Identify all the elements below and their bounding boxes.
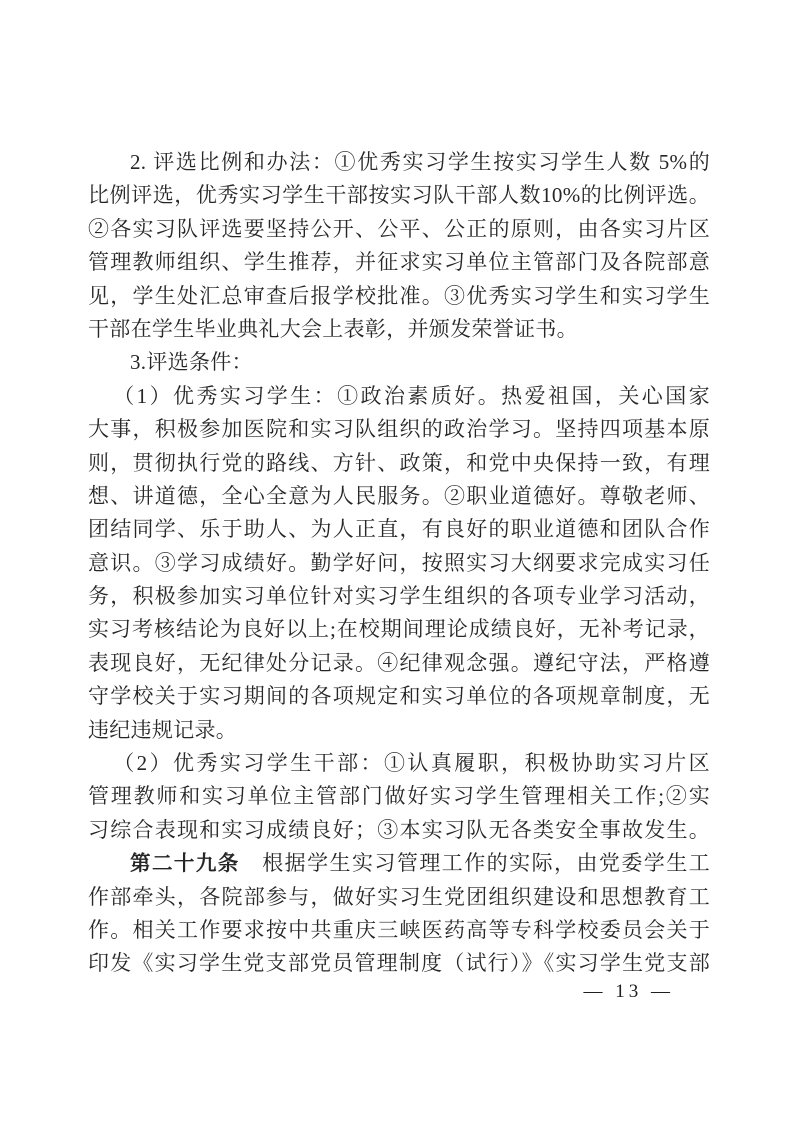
document-line: 习综合表现和实习成绩良好；③本实习队无各类安全事故发生。 [88, 814, 710, 847]
document-line: （1）优秀实习学生：①政治素质好。热爱祖国，关心国家 [88, 380, 710, 413]
document-line: 务，积极参加实习单位针对实习学生组织的各项专业学习活动， [88, 580, 710, 613]
document-line: 3.评选条件： [88, 346, 710, 379]
document-line: 管理教师和实习单位主管部门做好实习学生管理相关工作;②实 [88, 780, 710, 813]
article-text: 根据学生实习管理工作的实际，由党委学生工 [240, 851, 710, 875]
document-line: 作。相关工作要求按中共重庆三峡医药高等专科学校委员会关于 [88, 914, 710, 947]
document-line: ②各实习队评选要坚持公开、公平、公正的原则，由各实习片区 [88, 213, 710, 246]
document-line: 则，贯彻执行党的路线、方针、政策，和党中央保持一致，有理 [88, 447, 710, 480]
document-line: 比例评选，优秀实习学生干部按实习队干部人数10%的比例评选。 [88, 179, 710, 212]
document-line: 见，学生处汇总审查后报学校批准。③优秀实习学生和实习学生 [88, 280, 710, 313]
document-line: 干部在学生毕业典礼大会上表彰，并颁发荣誉证书。 [88, 313, 710, 346]
document-line: 管理教师组织、学生推荐，并征求实习单位主管部门及各院部意 [88, 246, 710, 279]
document-line: 作部牵头，各院部参与，做好实习生党团组织建设和思想教育工 [88, 881, 710, 914]
document-line: 实习考核结论为良好以上;在校期间理论成绩良好，无补考记录， [88, 613, 710, 646]
document-line: （2）优秀实习学生干部：①认真履职，积极协助实习片区 [88, 747, 710, 780]
document-page: 2. 评选比例和办法：①优秀实习学生按实习学生人数 5%的 比例评选，优秀实习学… [0, 0, 794, 1123]
page-number: — 13 — [584, 980, 675, 1004]
document-line: 表现良好，无纪律处分记录。④纪律观念强。遵纪守法，严格遵 [88, 647, 710, 680]
document-line: 想、讲道德，全心全意为人民服务。②职业道德好。尊敬老师、 [88, 480, 710, 513]
document-line: 团结同学、乐于助人、为人正直，有良好的职业道德和团队合作 [88, 513, 710, 546]
document-line: 大事，积极参加医院和实习队组织的政治学习。坚持四项基本原 [88, 413, 710, 446]
document-line: 守学校关于实习期间的各项规定和实习单位的各项规章制度，无 [88, 680, 710, 713]
document-line: 2. 评选比例和办法：①优秀实习学生按实习学生人数 5%的 [88, 146, 710, 179]
document-line: 违纪违规记录。 [88, 714, 710, 747]
document-body: 2. 评选比例和办法：①优秀实习学生按实习学生人数 5%的 比例评选，优秀实习学… [88, 146, 710, 981]
document-line: 意识。③学习成绩好。勤学好问，按照实习大纲要求完成实习任 [88, 547, 710, 580]
article-number-label: 第二十九条 [130, 852, 240, 875]
document-line: 印发《实习学生党支部党员管理制度（试行）》《实习学生党支部 [88, 947, 710, 980]
document-line: 第二十九条 根据学生实习管理工作的实际，由党委学生工 [88, 847, 710, 880]
